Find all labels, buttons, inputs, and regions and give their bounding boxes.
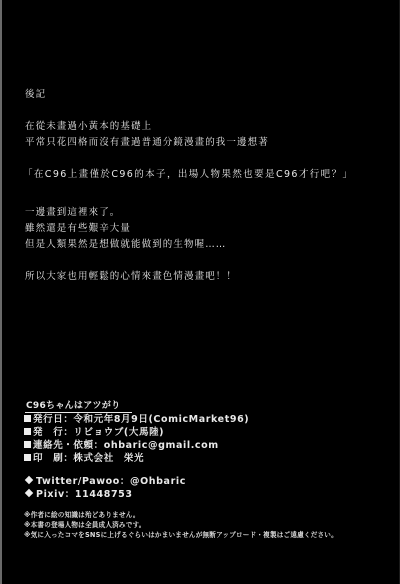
info-label: 印 刷 (33, 453, 63, 465)
social-handle: @Ohbaric (130, 476, 186, 487)
afterword-line: 在從未畫過小黃本的基礎上 (25, 121, 152, 133)
diamond-bullet-icon (25, 489, 33, 497)
square-bullet-icon (24, 454, 31, 461)
info-row-contact: 連絡先・依頼：ohbaric@gmail.com (24, 440, 219, 452)
diamond-bullet-icon (25, 476, 33, 484)
note-line: ※作者に絵の知識は殆どありません。 (24, 511, 140, 520)
square-bullet-icon (24, 441, 31, 448)
info-row-publisher: 発 行：リビョウブ(大馬陸) (24, 427, 164, 439)
info-label: 発 行 (33, 427, 63, 439)
social-label: Pixiv (36, 489, 65, 500)
afterword-heading: 後記 (25, 89, 46, 101)
note-line: ※本書の登場人物は全員成人済みです。 (24, 521, 146, 530)
afterword-line: 雖然還是有些艱辛大量 (25, 223, 131, 235)
square-bullet-icon (24, 428, 31, 435)
social-label: Twitter/Pawoo (36, 476, 120, 487)
afterword-line: 但是人類果然是想做就能做到的生物喔…… (25, 239, 226, 251)
afterword-line: 所以大家也用輕鬆的心情來畫色情漫畫吧！！ (25, 271, 237, 283)
info-label: 連絡先・依頼 (33, 440, 94, 452)
info-value: リビョウブ(大馬陸) (73, 427, 164, 438)
page-edge-left (0, 0, 2, 584)
social-row-pixiv: Pixiv：11448753 (24, 489, 133, 501)
afterword-line: 平常只花四格而沒有畫過普通分鏡漫畫的我一邊想著 (25, 137, 269, 149)
info-row-release-date: 発行日：令和元年8月9日(ComicMarket96) (24, 414, 249, 426)
social-row-twitter: Twitter/Pawoo：@Ohbaric (24, 476, 186, 488)
info-label: 発行日 (33, 414, 63, 426)
social-id: 11448753 (75, 489, 133, 500)
square-bullet-icon (24, 415, 31, 422)
note-line: ※気に入ったコマをSNSに上げるぐらいはかまいませんが無断アップロード・複製はご… (24, 531, 338, 540)
contact-email: ohbaric@gmail.com (104, 440, 219, 451)
info-value: 株式会社 栄光 (73, 453, 144, 464)
afterword-quote: 「在C96上畫僅於C96的本子，出場人物果然也要是C96才行吧？」 (23, 169, 353, 181)
afterword-line: 一邊畫到這裡來了。 (25, 207, 120, 219)
book-title: C96ちゃんはアツがり (25, 401, 132, 413)
info-row-printer: 印 刷：株式会社 栄光 (24, 453, 144, 465)
info-value: 令和元年8月9日(ComicMarket96) (73, 414, 249, 425)
